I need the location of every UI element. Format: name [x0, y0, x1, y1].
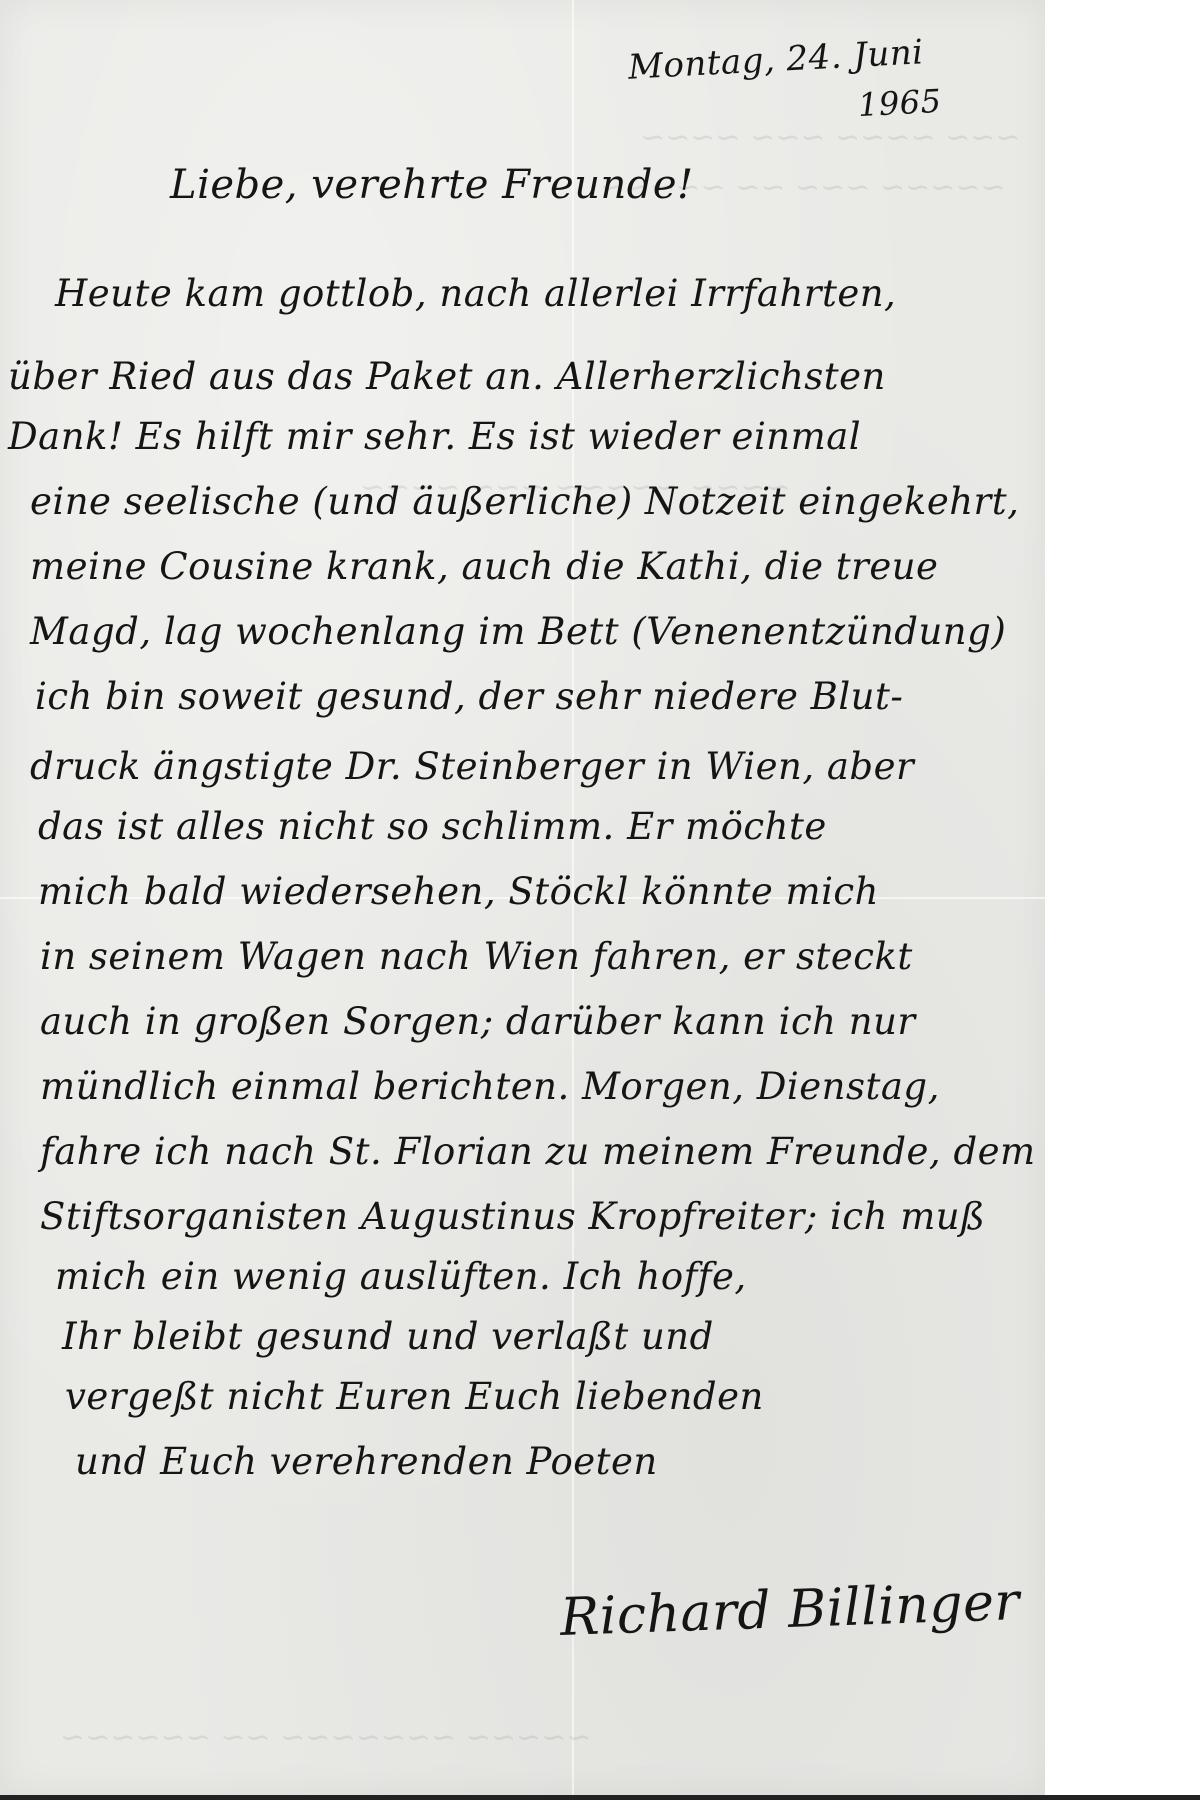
letter-line: vergeßt nicht Euren Euch liebenden — [65, 1375, 764, 1418]
letter-line: druck ängstigte Dr. Steinberger in Wien,… — [30, 745, 914, 788]
page-background — [1045, 0, 1200, 1800]
letter-line: auch in großen Sorgen; darüber kann ich … — [40, 1000, 916, 1043]
letter-date: Montag, 24. Juni — [627, 32, 924, 87]
letter-line: Dank! Es hilft mir sehr. Es ist wieder e… — [8, 415, 861, 458]
letter-line: Magd, lag wochenlang im Bett (Venenentzü… — [30, 610, 1006, 653]
letter-line: mündlich einmal berichten. Morgen, Diens… — [40, 1065, 940, 1108]
letter-line: mich ein wenig auslüften. Ich hoffe, — [55, 1255, 747, 1298]
letter-line: über Ried aus das Paket an. Allerherzlic… — [8, 355, 886, 398]
letter-line: ich bin soweit gesund, der sehr niedere … — [35, 675, 903, 718]
letter-line: mich bald wiedersehen, Stöckl könnte mic… — [38, 870, 879, 913]
letter-line: meine Cousine krank, auch die Kathi, die… — [30, 545, 938, 588]
letter-line: in seinem Wagen nach Wien fahren, er ste… — [40, 935, 913, 978]
scan-edge — [0, 1795, 1200, 1800]
letter-line: Heute kam gottlob, nach allerlei Irrfahr… — [55, 272, 896, 315]
letter-line: eine seelische (und äußerliche) Notzeit … — [30, 480, 1019, 523]
show-through-text: ~~~~~ ~~~~~~~ ~~ ~~~~~~ — [60, 1720, 591, 1755]
letter-line: Stiftsorganisten Augustinus Kropfreiter;… — [40, 1195, 985, 1238]
letter-salutation: Liebe, verehrte Freunde! — [170, 162, 694, 208]
signature: Richard Billinger — [559, 1572, 1021, 1648]
letter-line: Ihr bleibt gesund und verlaßt und — [62, 1315, 714, 1358]
letter-year: 1965 — [857, 82, 942, 124]
show-through-text: ~~~ ~~~~ ~~~ ~~~~ — [640, 120, 1021, 155]
letter-sheet: ~~~ ~~~~ ~~~ ~~~~ ~~~~~ ~~~ ~~ ~~~~~ ~~~… — [0, 0, 1045, 1795]
letter-line: fahre ich nach St. Florian zu meinem Fre… — [40, 1130, 1036, 1173]
letter-line: und Euch verehrenden Poeten — [75, 1440, 658, 1483]
letter-line: das ist alles nicht so schlimm. Er möcht… — [38, 805, 827, 848]
